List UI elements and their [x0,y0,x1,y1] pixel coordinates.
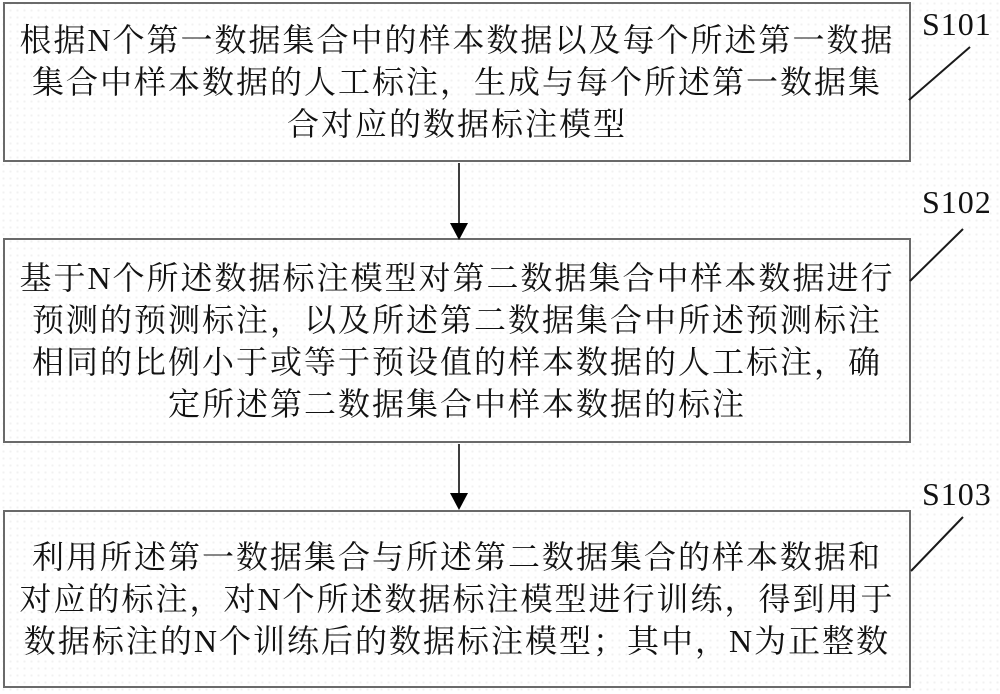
flow-step-box-s102: 基于N个所述数据标注模型对第二数据集合中样本数据进行 预测的预测标注，以及所述第… [3,238,911,443]
label-slash-s103 [911,517,963,571]
step-label-s103: S103 [922,476,992,513]
flow-step-box-s101: 根据N个第一数据集合中的样本数据以及每个所述第一数据 集合中样本数据的人工标注，… [3,2,911,162]
patent-flowchart-figure: 根据N个第一数据集合中的样本数据以及每个所述第一数据 集合中样本数据的人工标注，… [0,0,1000,694]
step-label-s101: S101 [922,6,992,43]
flow-step-box-s103: 利用所述第一数据集合与所述第二数据集合的样本数据和 对应的标注，对N个所述数据标… [3,510,911,688]
step-label-s102: S102 [922,184,992,221]
label-slash-s102 [910,229,963,281]
step-text-s102: 基于N个所述数据标注模型对第二数据集合中样本数据进行 预测的预测标注，以及所述第… [5,257,909,425]
step-text-s103: 利用所述第一数据集合与所述第二数据集合的样本数据和 对应的标注，对N个所述数据标… [5,536,909,662]
step-text-s101: 根据N个第一数据集合中的样本数据以及每个所述第一数据 集合中样本数据的人工标注，… [5,19,909,145]
label-slash-s101 [909,47,970,100]
flow-arrowhead-icon-2 [450,493,468,510]
